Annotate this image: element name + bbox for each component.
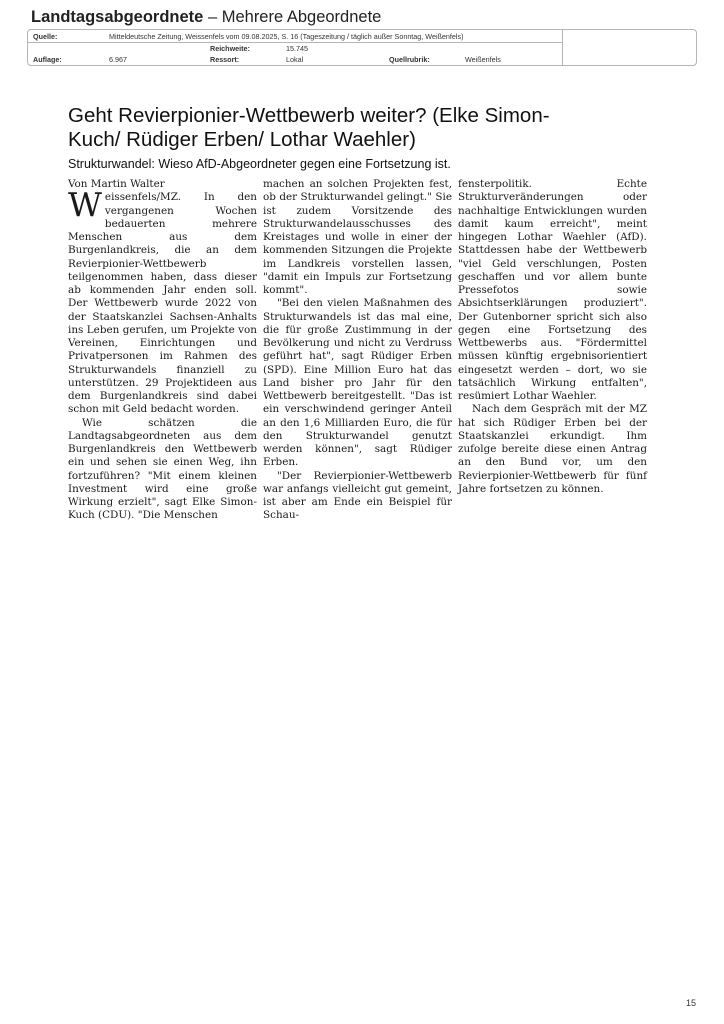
paragraph-1-text: eissenfels/MZ. In den vergangenen Wochen…	[68, 191, 257, 415]
article-subheadline: Strukturwandel: Wieso AfD-Abgeordneter g…	[68, 157, 451, 171]
drop-cap: W	[68, 192, 102, 218]
article-paragraph-6: fensterpolitik. Echte Strukturveränderun…	[458, 178, 647, 403]
article-headline: Geht Revierpionier-Wettbewerb weiter? (E…	[68, 104, 568, 152]
auflage-value: 6.967	[109, 55, 127, 64]
header-title-rest: Mehrere Abgeordnete	[222, 8, 382, 26]
article-column-1: Von Martin Walter Weissenfels/MZ. In den…	[68, 178, 257, 523]
source-metadata-table: Quelle: Mitteldeutsche Zeitung, Weissenf…	[27, 29, 697, 66]
header-title-separator: –	[203, 8, 221, 26]
article-paragraph-7: Nach dem Gespräch mit der MZ hat sich Rü…	[458, 403, 647, 496]
ressort-value: Lokal	[286, 55, 303, 64]
table-vertical-divider	[562, 30, 563, 65]
auflage-label: Auflage:	[33, 55, 62, 64]
quelle-value: Mitteldeutsche Zeitung, Weissenfels vom …	[109, 32, 464, 41]
quellrubrik-label: Quellrubrik:	[389, 55, 430, 64]
quellrubrik-value: Weißenfels	[465, 55, 501, 64]
table-horizontal-divider	[28, 42, 562, 43]
article-paragraph-3: machen an solchen Projekten fest, ob der…	[263, 178, 452, 297]
article-paragraph-4: "Bei den vielen Maßnahmen des Strukturwa…	[263, 297, 452, 469]
article-column-3: fensterpolitik. Echte Strukturveränderun…	[458, 178, 647, 496]
header-title-bold: Landtagsabgeordnete	[31, 8, 203, 26]
article-column-2: machen an solchen Projekten fest, ob der…	[263, 178, 452, 523]
reichweite-value: 15.745	[286, 44, 308, 53]
quelle-label: Quelle:	[33, 32, 57, 41]
document-header-title: Landtagsabgeordnete – Mehrere Abgeordnet…	[31, 8, 381, 27]
reichweite-label: Reichweite:	[210, 44, 250, 53]
ressort-label: Ressort:	[210, 55, 239, 64]
article-byline: Von Martin Walter	[68, 178, 257, 191]
article-paragraph-2: Wie schätzen die Landtagsabgeordneten au…	[68, 417, 257, 523]
article-paragraph-5: "Der Revierpionier-Wettbewerb war anfang…	[263, 470, 452, 523]
page-number: 15	[686, 998, 696, 1008]
article-paragraph-1: Weissenfels/MZ. In den vergangenen Woche…	[68, 191, 257, 416]
